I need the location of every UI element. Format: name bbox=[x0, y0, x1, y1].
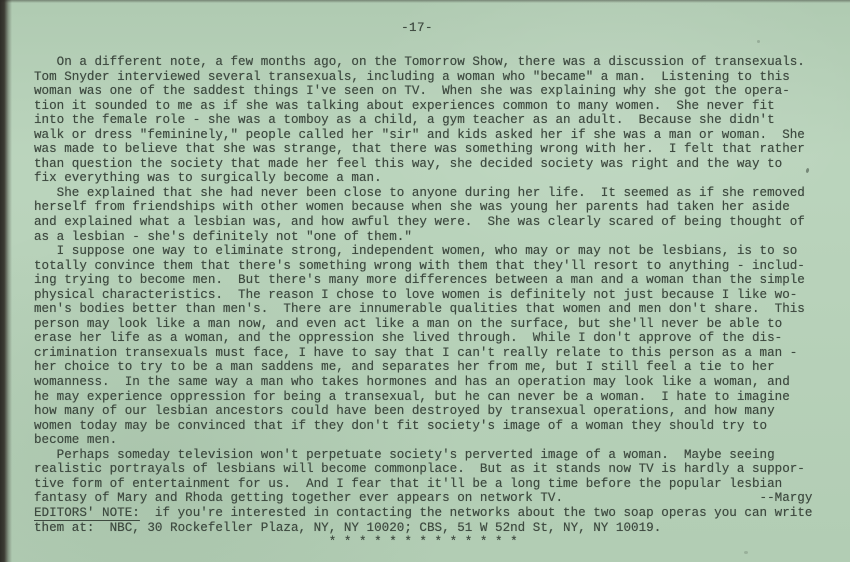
typewritten-line: he may experience oppression for being a… bbox=[34, 390, 812, 405]
line-text: herself from friendships with other wome… bbox=[34, 200, 790, 214]
line-text: She explained that she had never been cl… bbox=[34, 186, 805, 200]
typewritten-line: I suppose one way to eliminate strong, i… bbox=[34, 244, 812, 259]
line-text: walk or dress "femininely," people calle… bbox=[34, 128, 805, 142]
line-text: Perhaps someday television won't perpetu… bbox=[34, 448, 775, 462]
body-text: On a different note, a few months ago, o… bbox=[34, 55, 812, 550]
typewritten-line: EDITORS' NOTE: if you're interested in c… bbox=[34, 506, 812, 521]
paper-speck bbox=[757, 40, 760, 43]
line-text: and explained what a lesbian was, and ho… bbox=[34, 215, 805, 229]
line-text: ing trying to become men. But there's ma… bbox=[34, 273, 805, 287]
editors-note-label: EDITORS' NOTE: bbox=[34, 506, 140, 520]
line-text: them at: NBC, 30 Rockefeller Plaza, NY, … bbox=[34, 521, 661, 535]
line-text: * * * * * * * * * * * * * bbox=[34, 535, 518, 549]
typewritten-line: On a different note, a few months ago, o… bbox=[34, 55, 812, 70]
line-text: physical characteristics. The reason I c… bbox=[34, 288, 797, 302]
typewritten-line: herself from friendships with other wome… bbox=[34, 200, 812, 215]
line-text: as a lesbian - she's definitely not "one… bbox=[34, 230, 412, 244]
typewritten-line: Tom Snyder interviewed several transexua… bbox=[34, 70, 812, 85]
line-text: womanness. In the same way a man who tak… bbox=[34, 375, 790, 389]
typewritten-line: them at: NBC, 30 Rockefeller Plaza, NY, … bbox=[34, 521, 812, 536]
typewritten-line: than question the society that made her … bbox=[34, 157, 812, 172]
line-text: tive form of entertainment for us. And I… bbox=[34, 477, 782, 491]
line-text: was made to believe that she was strange… bbox=[34, 142, 805, 156]
line-text: men's bodies better than men's. There ar… bbox=[34, 302, 805, 316]
typewritten-line: She explained that she had never been cl… bbox=[34, 186, 812, 201]
typewritten-line: men's bodies better than men's. There ar… bbox=[34, 302, 812, 317]
line-text: realistic portrayals of lesbians will be… bbox=[34, 462, 805, 476]
typewritten-line: realistic portrayals of lesbians will be… bbox=[34, 462, 812, 477]
line-text: than question the society that made her … bbox=[34, 157, 782, 171]
line-text: how many of our lesbian ancestors could … bbox=[34, 404, 775, 418]
line-text: her choice to try to be a man saddens me… bbox=[34, 360, 775, 374]
line-text: person may look like a man now, and even… bbox=[34, 317, 782, 331]
typewritten-line: totally convince them that there's somet… bbox=[34, 259, 812, 274]
typewritten-line: as a lesbian - she's definitely not "one… bbox=[34, 230, 812, 245]
typewritten-line: Perhaps someday television won't perpetu… bbox=[34, 448, 812, 463]
line-text: become men. bbox=[34, 433, 117, 447]
typewritten-line: physical characteristics. The reason I c… bbox=[34, 288, 812, 303]
line-text: woman was one of the saddest things I've… bbox=[34, 84, 790, 98]
typewritten-line: * * * * * * * * * * * * * bbox=[34, 535, 812, 550]
typewritten-line: person may look like a man now, and even… bbox=[34, 317, 812, 332]
line-text: if you're interested in contacting the n… bbox=[140, 506, 813, 520]
line-text: totally convince them that there's somet… bbox=[34, 259, 805, 273]
typewritten-line: women today may be convinced that if the… bbox=[34, 419, 812, 434]
typewritten-line: tive form of entertainment for us. And I… bbox=[34, 477, 812, 492]
typewritten-line: fix everything was to surgically become … bbox=[34, 171, 812, 186]
typewritten-line: was made to believe that she was strange… bbox=[34, 142, 812, 157]
line-text: fix everything was to surgically become … bbox=[34, 171, 382, 185]
typewritten-line: into the female role - she was a tomboy … bbox=[34, 113, 812, 128]
typewritten-line: erase her life as a woman, and the oppre… bbox=[34, 331, 812, 346]
typewritten-line: and explained what a lesbian was, and ho… bbox=[34, 215, 812, 230]
line-text: into the female role - she was a tomboy … bbox=[34, 113, 775, 127]
typewritten-line: crimination transexuals must face, I hav… bbox=[34, 346, 812, 361]
line-text: women today may be convinced that if the… bbox=[34, 419, 767, 433]
line-text: fantasy of Mary and Rhoda getting togeth… bbox=[34, 491, 812, 505]
line-text: crimination transexuals must face, I hav… bbox=[34, 346, 797, 360]
typewritten-line: womanness. In the same way a man who tak… bbox=[34, 375, 812, 390]
scan-edge-left-shadow bbox=[0, 0, 12, 562]
scan-edge-top-shadow bbox=[0, 0, 850, 3]
paper-speck bbox=[744, 551, 748, 554]
typewritten-line: walk or dress "femininely," people calle… bbox=[34, 128, 812, 143]
typewritten-line: woman was one of the saddest things I've… bbox=[34, 84, 812, 99]
line-text: he may experience oppression for being a… bbox=[34, 390, 790, 404]
line-text: Tom Snyder interviewed several transexua… bbox=[34, 70, 790, 84]
document-page: -17- On a different note, a few months a… bbox=[0, 0, 850, 562]
page-number: -17- bbox=[0, 21, 834, 35]
typewritten-line: how many of our lesbian ancestors could … bbox=[34, 404, 812, 419]
typewritten-line: tion it sounded to me as if she was talk… bbox=[34, 99, 812, 114]
line-text: erase her life as a woman, and the oppre… bbox=[34, 331, 782, 345]
typewritten-line: fantasy of Mary and Rhoda getting togeth… bbox=[34, 491, 812, 506]
typewritten-line: ing trying to become men. But there's ma… bbox=[34, 273, 812, 288]
line-text: I suppose one way to eliminate strong, i… bbox=[34, 244, 797, 258]
typewritten-line: become men. bbox=[34, 433, 812, 448]
line-text: On a different note, a few months ago, o… bbox=[34, 55, 805, 69]
line-text: tion it sounded to me as if she was talk… bbox=[34, 99, 775, 113]
typewritten-line: her choice to try to be a man saddens me… bbox=[34, 360, 812, 375]
